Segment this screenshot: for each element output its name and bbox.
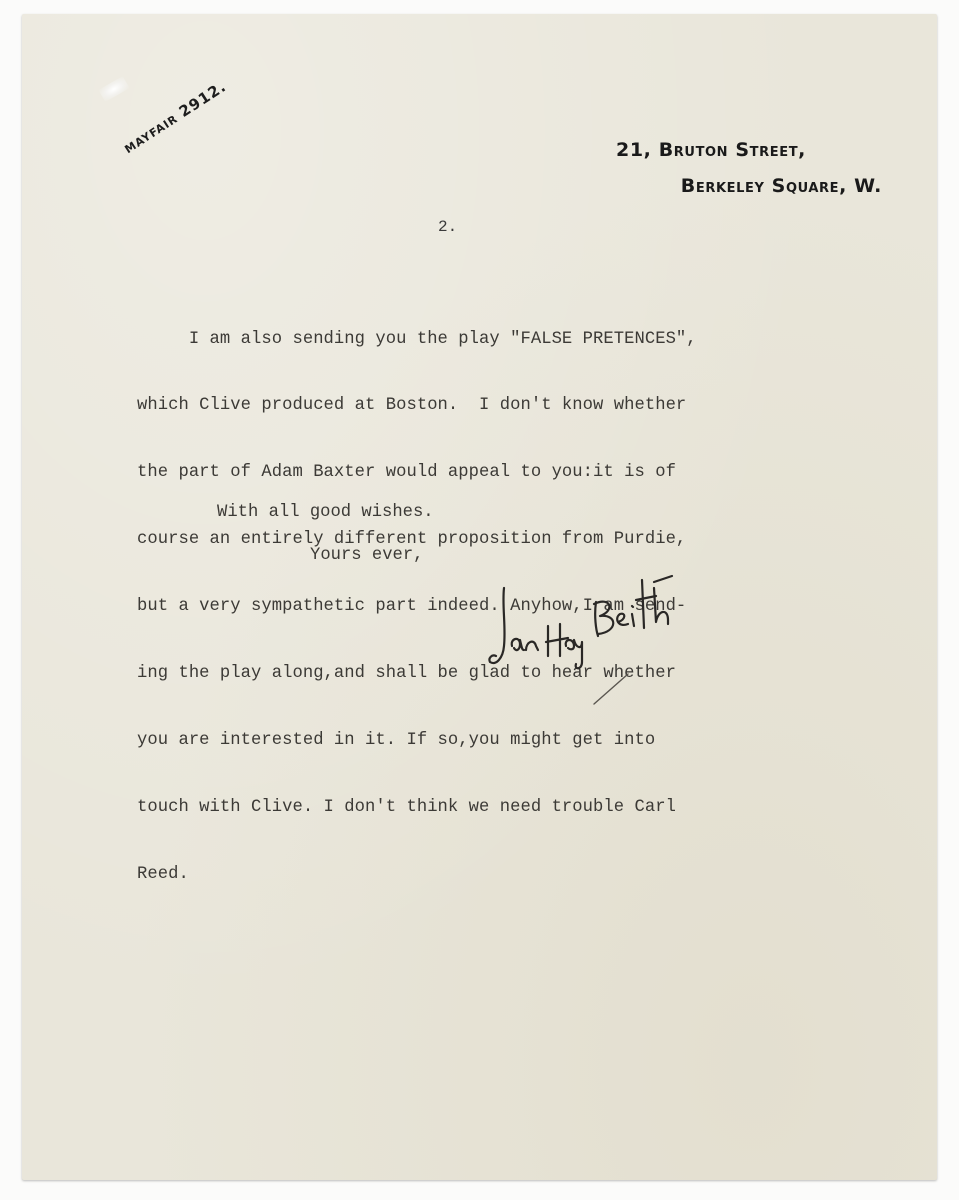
address-line-1: 21, Bruton Street, (616, 132, 882, 168)
body-line: Reed. (137, 864, 857, 886)
signature-icon (486, 566, 686, 676)
body-line: which Clive produced at Boston. I don't … (137, 395, 857, 417)
body-line: the part of Adam Baxter would appeal to … (137, 462, 857, 484)
body-line: touch with Clive. I don't think we need … (137, 797, 857, 819)
body-line: you are interested in it. If so,you migh… (137, 730, 857, 752)
telephone-exchange: MAYFAIR (122, 112, 180, 156)
letterhead-address: 21, Bruton Street, Berkeley Square, W. (616, 132, 882, 204)
body-line: course an entirely different proposition… (137, 529, 857, 551)
closing-line: With all good wishes. (217, 503, 434, 522)
pencil-stroke-mark (592, 672, 632, 706)
valediction: Yours ever, (310, 546, 423, 565)
telephone-number: 2912. (176, 77, 230, 121)
staple-hole-mark (98, 76, 129, 102)
letterhead-telephone: MAYFAIR 2912. (120, 76, 230, 157)
page-number: 2. (438, 218, 457, 236)
address-line-2: Berkeley Square, W. (616, 168, 882, 204)
body-line: I am also sending you the play "FALSE PR… (137, 329, 857, 351)
